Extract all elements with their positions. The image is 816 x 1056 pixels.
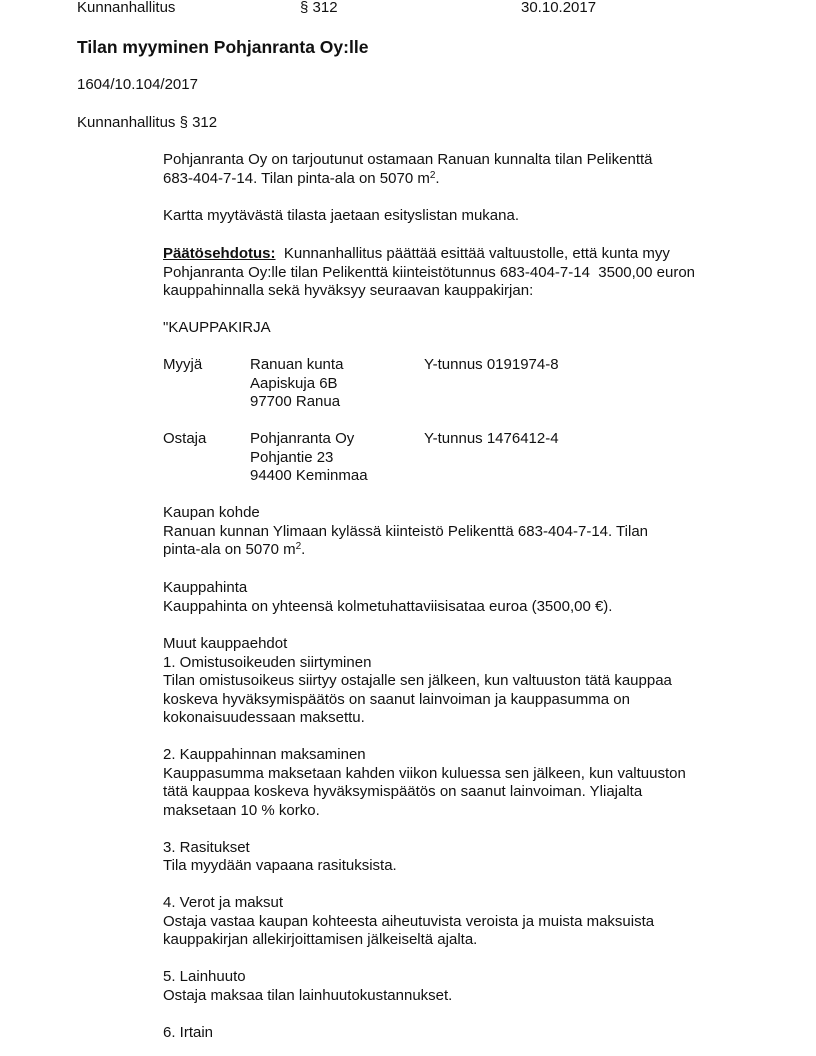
party-role: Myyjä	[163, 356, 202, 375]
party-street: Aapiskuja 6B	[250, 375, 343, 394]
term-heading: 6. Irtain	[163, 1024, 763, 1043]
party-city: 94400 Keminmaa	[250, 467, 368, 486]
header-body: Kunnanhallitus	[77, 0, 175, 17]
terms-list: 1. Omistusoikeuden siirtyminenTilan omis…	[163, 654, 763, 1043]
proposal-line: Pohjanranta Oy:lle tilan Pelikenttä kiin…	[163, 264, 763, 283]
term-line: koskeva hyväksymispäätös on saanut lainv…	[163, 691, 763, 710]
term-heading: 2. Kauppahinnan maksaminen	[163, 746, 763, 765]
term-line: Ostaja maksaa tilan lainhuutokustannukse…	[163, 987, 763, 1006]
party-role: Ostaja	[163, 430, 206, 449]
term-item: 2. Kauppahinnan maksaminenKauppasumma ma…	[163, 746, 763, 820]
term-line: tätä kauppaa koskeva hyväksymispäätös on…	[163, 783, 763, 802]
party-address: Ranuan kunta Aapiskuja 6B 97700 Ranua	[250, 356, 343, 412]
header-section: § 312	[300, 0, 338, 17]
price-heading: Kauppahinta	[163, 579, 763, 598]
term-line: kokonaisuudessaan maksettu.	[163, 709, 763, 728]
decision-proposal: Päätösehdotus: Kunnanhallitus päättää es…	[163, 245, 763, 301]
document-title: Tilan myyminen Pohjanranta Oy:lle	[77, 37, 368, 57]
term-heading: 3. Rasitukset	[163, 839, 763, 858]
party-business-id: Y-tunnus 1476412-4	[424, 430, 559, 449]
intro-line: Pohjanranta Oy on tarjoutunut ostamaan R…	[163, 151, 763, 170]
price-text: Kauppahinta on yhteensä kolmetuhattaviis…	[163, 598, 763, 617]
term-item: 4. Verot ja maksutOstaja vastaa kaupan k…	[163, 894, 763, 950]
subject-text: pinta-ala on 5070 m	[163, 541, 296, 558]
proposal-line: kauppahinnalla sekä hyväksyy seuraavan k…	[163, 282, 763, 301]
term-heading: 5. Lainhuuto	[163, 968, 763, 987]
term-line: Tilan omistusoikeus siirtyy ostajalle se…	[163, 672, 763, 691]
term-line: Ostaja vastaa kaupan kohteesta aiheutuvi…	[163, 913, 763, 932]
subject-text: .	[301, 541, 305, 558]
subject-line: pinta-ala on 5070 m2.	[163, 541, 763, 560]
term-line: Tila myydään vapaana rasituksista.	[163, 857, 763, 876]
proposal-text: Kunnanhallitus päättää esittää valtuusto…	[276, 245, 670, 262]
subject-line: Ranuan kunnan Ylimaan kylässä kiinteistö…	[163, 523, 763, 542]
term-item: 6. Irtain	[163, 1024, 763, 1043]
contract-heading: "KAUPPAKIRJA	[163, 319, 763, 338]
other-terms-section: Muut kauppaehdot 1. Omistusoikeuden siir…	[163, 635, 763, 1042]
party-address: Pohjanranta Oy Pohjantie 23 94400 Keminm…	[250, 430, 368, 486]
price-section: Kauppahinta Kauppahinta on yhteensä kolm…	[163, 579, 763, 616]
proposal-label: Päätösehdotus:	[163, 245, 276, 262]
term-item: 3. RasituksetTila myydään vapaana rasitu…	[163, 839, 763, 876]
party-city: 97700 Ranua	[250, 393, 343, 412]
subject-section: Kaupan kohde Ranuan kunnan Ylimaan kyläs…	[163, 504, 763, 560]
contract-heading-text: "KAUPPAKIRJA	[163, 319, 763, 338]
party-business-id: Y-tunnus 0191974-8	[424, 356, 559, 375]
term-line: kauppakirjan allekirjoittamisen jälkeise…	[163, 931, 763, 950]
header-date: 30.10.2017	[521, 0, 596, 17]
intro-line: 683-404-7-14. Tilan pinta-ala on 5070 m2…	[163, 170, 763, 189]
term-line: Kauppasumma maksetaan kahden viikon kulu…	[163, 765, 763, 784]
term-item: 1. Omistusoikeuden siirtyminenTilan omis…	[163, 654, 763, 728]
term-heading: 4. Verot ja maksut	[163, 894, 763, 913]
term-item: 5. LainhuutoOstaja maksaa tilan lainhuut…	[163, 968, 763, 1005]
reference-number: 1604/10.104/2017	[77, 76, 198, 95]
subject-heading: Kaupan kohde	[163, 504, 763, 523]
term-line: maksetaan 10 % korko.	[163, 802, 763, 821]
intro-text: 683-404-7-14. Tilan pinta-ala on 5070 m	[163, 170, 430, 187]
party-street: Pohjantie 23	[250, 449, 368, 468]
term-heading: 1. Omistusoikeuden siirtyminen	[163, 654, 763, 673]
other-terms-heading: Muut kauppaehdot	[163, 635, 763, 654]
proposal-line: Päätösehdotus: Kunnanhallitus päättää es…	[163, 245, 763, 264]
party-name: Ranuan kunta	[250, 356, 343, 375]
party-name: Pohjanranta Oy	[250, 430, 368, 449]
map-note: Kartta myytävästä tilasta jaetaan esitys…	[163, 207, 763, 226]
map-note-text: Kartta myytävästä tilasta jaetaan esitys…	[163, 207, 763, 226]
intro-paragraph: Pohjanranta Oy on tarjoutunut ostamaan R…	[163, 151, 763, 188]
intro-text: .	[435, 170, 439, 187]
meeting-reference: Kunnanhallitus § 312	[77, 114, 217, 133]
